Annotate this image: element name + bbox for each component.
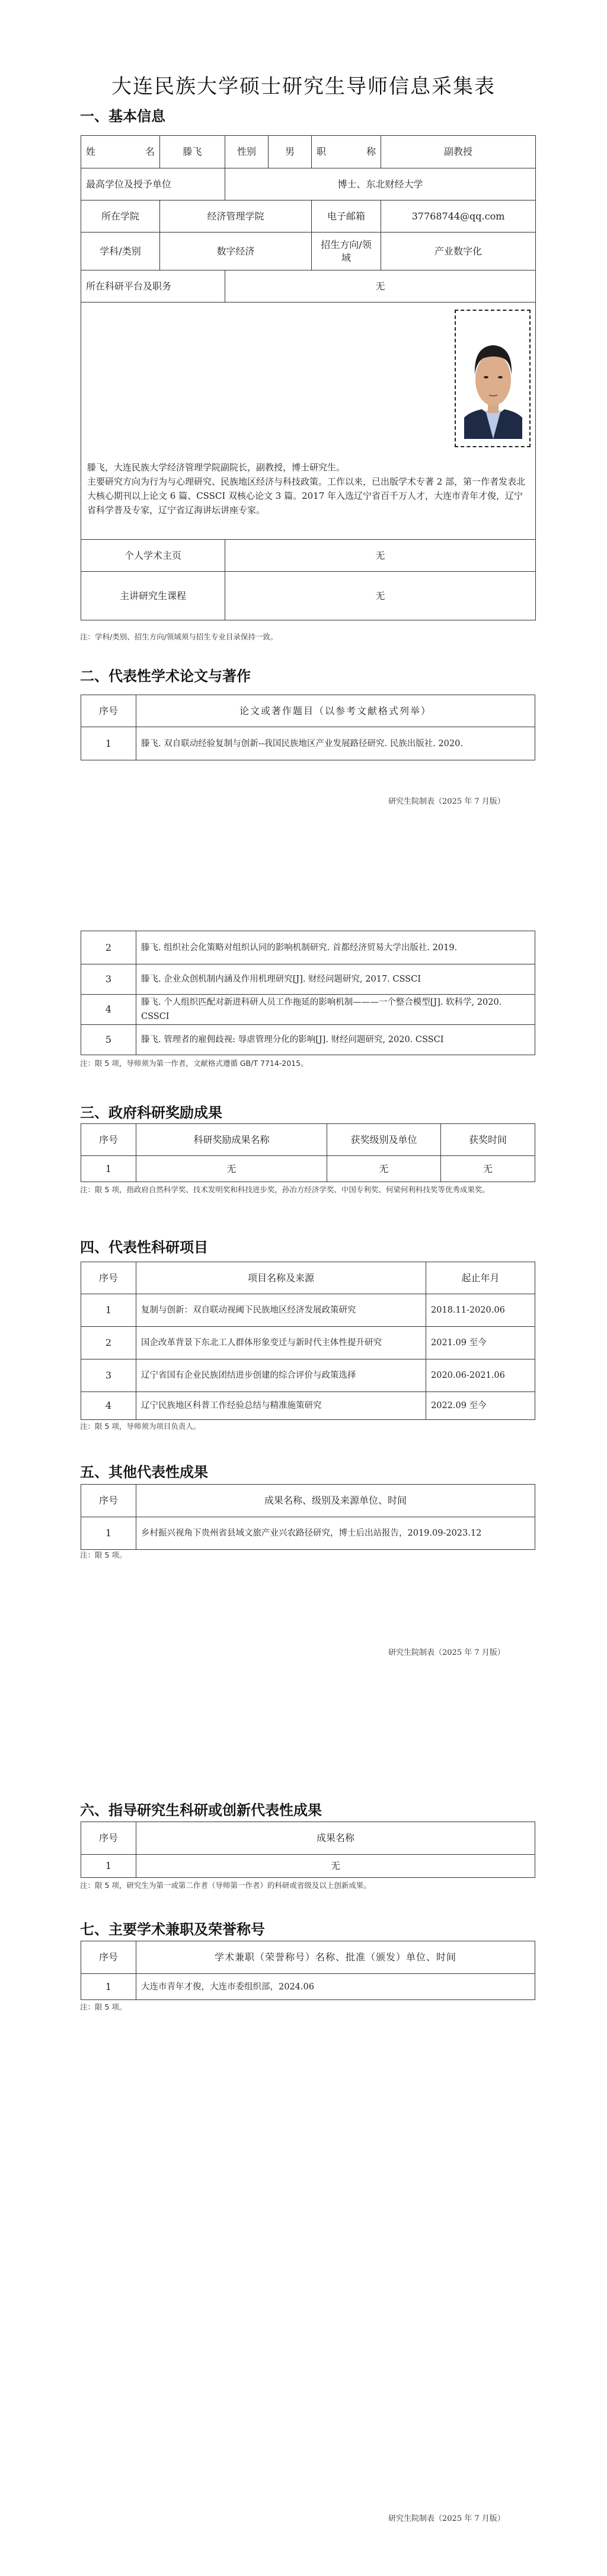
label-title: 职称 — [312, 136, 381, 168]
page-footer-2: 研究生院制表（2025 年 7 月版） — [388, 1646, 505, 1657]
header-award-level: 获奖级别及单位 — [327, 1124, 441, 1156]
pub-text: 滕飞. 管理者的雇佣歧视: 辱虐管理分化的影响[J]. 财经问题研究, 2020… — [136, 1025, 535, 1055]
publications-table-part1: 序号 论文或著作题目（以参考文献格式列举） 1 滕飞. 双自联动经验复制与创新-… — [81, 695, 535, 760]
project-name: 国企改革背景下东北工人群体形象变迁与新时代主体性提升研究 — [136, 1327, 426, 1359]
honor-text: 大连市青年才俊，大连市委组织部，2024.06 — [136, 1974, 535, 2000]
value-degree: 博士、东北财经大学 — [225, 168, 536, 200]
label-name-b: 名 — [145, 145, 155, 159]
document-title: 大连民族大学硕士研究生导师信息采集表 — [0, 70, 607, 99]
honors-table: 序号 学术兼职（荣誉称号）名称、批准（颁发）单位、时间 1 大连市青年才俊，大连… — [81, 1941, 535, 2000]
value-name: 滕飞 — [160, 136, 225, 168]
pub-text: 滕飞. 企业众创机制内涵及作用机理研究[J]. 财经问题研究, 2017. CS… — [136, 964, 535, 995]
header-award-name: 科研奖励成果名称 — [136, 1124, 327, 1156]
award-no: 1 — [81, 1156, 136, 1182]
pub-no: 1 — [81, 727, 136, 760]
portrait-photo — [464, 329, 522, 439]
award-name: 无 — [136, 1156, 327, 1182]
label-college: 所在学院 — [81, 200, 160, 233]
student-achievements-table: 序号 成果名称 1 无 — [81, 1822, 535, 1878]
label-degree: 最高学位及授予单位 — [81, 168, 225, 200]
award-level: 无 — [327, 1156, 441, 1182]
section3-note: 注：限 5 项，指政府自然科学奖、技术发明奖和科技进步奖，孙冶方经济学奖、中国专… — [80, 1183, 536, 1196]
section-heading-publications: 二、代表性学术论文与著作 — [80, 664, 251, 685]
page-footer-1: 研究生院制表（2025 年 7 月版） — [388, 795, 505, 806]
pub-no: 5 — [81, 1025, 136, 1055]
label-title-a: 职 — [317, 145, 326, 159]
header-honor: 学术兼职（荣誉称号）名称、批准（颁发）单位、时间 — [136, 1941, 535, 1974]
label-direction: 招生方向/领域 — [312, 233, 381, 270]
value-gender: 男 — [269, 136, 312, 168]
header-no: 序号 — [81, 695, 136, 727]
project-period: 2022.09 至今 — [426, 1392, 535, 1420]
student-achievement-text: 无 — [136, 1855, 535, 1878]
label-name: 姓名 — [81, 136, 160, 168]
bio-cell: 滕飞，大连民族大学经济管理学院副院长，副教授，博士研究生。 主要研究方向为行为与… — [81, 303, 536, 540]
label-gender: 性别 — [225, 136, 269, 168]
pub-no: 4 — [81, 995, 136, 1025]
other-achievements-table: 序号 成果名称、级别及来源单位、时间 1 乡村振兴视角下贵州省县域文旅产业兴农路… — [81, 1484, 535, 1550]
basic-info-table: 姓名 滕飞 性别 男 职称 副教授 最高学位及授予单位 博士、东北财经大学 所在… — [81, 135, 536, 620]
section7-note: 注：限 5 项。 — [80, 2001, 536, 2014]
header-award-time: 获奖时间 — [441, 1124, 535, 1156]
label-name-a: 姓 — [86, 145, 95, 159]
header-project-name: 项目名称及来源 — [136, 1262, 426, 1294]
project-name: 辽宁省国有企业民族团结进步创建的综合评价与政策选择 — [136, 1359, 426, 1392]
header-no: 序号 — [81, 1941, 136, 1974]
value-platform: 无 — [225, 270, 536, 303]
project-no: 1 — [81, 1294, 136, 1327]
project-period: 2021.09 至今 — [426, 1327, 535, 1359]
page-footer-3: 研究生院制表（2025 年 7 月版） — [388, 2512, 505, 2523]
project-period: 2020.06-2021.06 — [426, 1359, 535, 1392]
achievement-no: 1 — [81, 1517, 136, 1550]
label-discipline: 学科/类别 — [81, 233, 160, 270]
header-period: 起止年月 — [426, 1262, 535, 1294]
pub-no: 2 — [81, 931, 136, 964]
header-no: 序号 — [81, 1822, 136, 1855]
pub-text: 滕飞. 组织社会化策略对组织认同的影响机制研究. 首都经济贸易大学出版社. 20… — [136, 931, 535, 964]
section-heading-basic-info: 一、基本信息 — [80, 104, 165, 125]
section-heading-honors: 七、主要学术兼职及荣誉称号 — [80, 1918, 265, 1938]
header-no: 序号 — [81, 1124, 136, 1156]
award-time: 无 — [441, 1156, 535, 1182]
header-no: 序号 — [81, 1262, 136, 1294]
bio-text: 滕飞，大连民族大学经济管理学院副院长，副教授，博士研究生。 主要研究方向为行为与… — [81, 456, 536, 521]
awards-table: 序号 科研奖励成果名称 获奖级别及单位 获奖时间 1 无 无 无 — [81, 1123, 535, 1182]
achievement-text: 乡村振兴视角下贵州省县域文旅产业兴农路径研究，博士后出站报告，2019.09-2… — [136, 1517, 535, 1550]
student-achievement-no: 1 — [81, 1855, 136, 1878]
header-title: 论文或著作题目（以参考文献格式列举） — [136, 695, 535, 727]
value-courses: 无 — [225, 572, 536, 620]
section1-note: 注：学科/类别、招生方向/领域须与招生专业目录保持一致。 — [80, 631, 536, 644]
bio-paragraph: 滕飞，大连民族大学经济管理学院副院长，副教授，博士研究生。 主要研究方向为行为与… — [87, 462, 525, 515]
label-courses: 主讲研究生课程 — [81, 572, 225, 620]
value-title: 副教授 — [381, 136, 536, 168]
label-homepage: 个人学术主页 — [81, 540, 225, 572]
section5-note: 注：限 5 项。 — [80, 1549, 536, 1562]
pub-text: 滕飞. 双自联动经验复制与创新--我国民族地区产业发展路径研究. 民族出版社. … — [136, 727, 535, 760]
section-heading-awards: 三、政府科研奖励成果 — [80, 1101, 222, 1122]
project-no: 2 — [81, 1327, 136, 1359]
project-period: 2018.11-2020.06 — [426, 1294, 535, 1327]
header-achievement-name: 成果名称 — [136, 1822, 535, 1855]
value-homepage: 无 — [225, 540, 536, 572]
section-heading-student-achievements: 六、指导研究生科研或创新代表性成果 — [80, 1798, 322, 1819]
section2-note: 注：限 5 项，导师须为第一作者，文献格式遵循 GB/T 7714-2015。 — [80, 1057, 536, 1070]
label-platform: 所在科研平台及职务 — [81, 270, 225, 303]
value-email: 37768744@qq.com — [381, 200, 536, 233]
section6-note: 注：限 5 项，研究生为第一或第二作者（导师第一作者）的科研或省级及以上创新成果… — [80, 1879, 536, 1892]
label-title-b: 称 — [366, 145, 376, 159]
section4-note: 注：限 5 项，导师须为项目负责人。 — [80, 1420, 536, 1433]
value-college: 经济管理学院 — [160, 200, 312, 233]
header-no: 序号 — [81, 1485, 136, 1517]
section-heading-projects: 四、代表性科研项目 — [80, 1236, 208, 1256]
value-direction: 产业数字化 — [381, 233, 536, 270]
project-no: 4 — [81, 1392, 136, 1420]
section-heading-other-achievements: 五、其他代表性成果 — [80, 1460, 208, 1481]
photo-frame — [455, 310, 531, 447]
header-achievement: 成果名称、级别及来源单位、时间 — [136, 1485, 535, 1517]
pub-text: 滕飞. 个人组织匹配对新进科研人员工作拖延的影响机制———一个整合模型[J]. … — [136, 995, 535, 1025]
value-discipline: 数字经济 — [160, 233, 312, 270]
honor-no: 1 — [81, 1974, 136, 2000]
projects-table: 序号 项目名称及来源 起止年月 1 复制与创新：双自联动视阈下民族地区经济发展政… — [81, 1262, 535, 1420]
project-name: 复制与创新：双自联动视阈下民族地区经济发展政策研究 — [136, 1294, 426, 1327]
project-no: 3 — [81, 1359, 136, 1392]
label-email: 电子邮箱 — [312, 200, 381, 233]
publications-table-part2: 2 滕飞. 组织社会化策略对组织认同的影响机制研究. 首都经济贸易大学出版社. … — [81, 931, 535, 1055]
pub-no: 3 — [81, 964, 136, 995]
project-name: 辽宁民族地区科普工作经验总结与精准施策研究 — [136, 1392, 426, 1420]
